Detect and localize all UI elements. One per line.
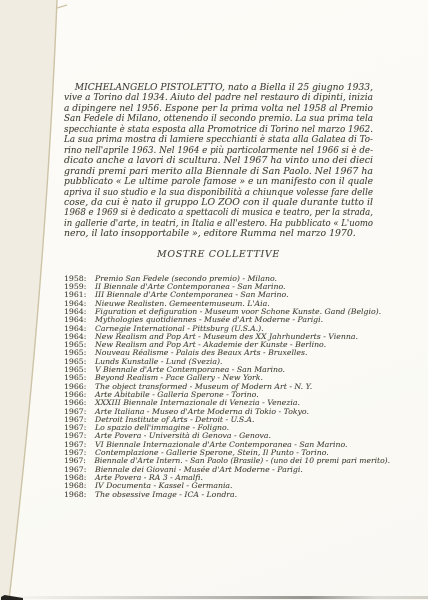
biography-paragraph: MICHELANGELO PISTOLETTO, nato a Biella i…	[64, 83, 373, 240]
exhibition-row: 1967:Biennale d'Arte Intern. - San Paolo…	[64, 457, 390, 465]
scanned-book-page: MICHELANGELO PISTOLETTO, nato a Biella i…	[0, 0, 428, 600]
exhibition-list: 1958:Premio San Fedele (secondo premio) …	[64, 275, 390, 499]
left-margin-shade	[0, 0, 57, 600]
crease-line	[9, 0, 57, 600]
page-content: MICHELANGELO PISTOLETTO, nato a Biella i…	[64, 83, 373, 499]
exhibition-year: 1967:	[64, 457, 94, 465]
exhibition-title: The obsessive Image - ICA - Londra.	[95, 491, 237, 499]
biography-line: in gallerie d'arte, in teatri, in Italia…	[64, 219, 373, 229]
exhibition-title: Biennale d'Arte Intern. - San Paolo (Bra…	[94, 457, 390, 465]
exhibition-year: 1968:	[64, 491, 95, 499]
crease-hook	[57, 5, 67, 8]
biography-line: nero, il lato insopportabile », editore …	[64, 229, 356, 239]
exhibition-row: 1968:The obsessive Image - ICA - Londra.	[64, 491, 237, 499]
section-title: MOSTRE COLLETTIVE	[64, 249, 373, 260]
scan-bottom-edge-shadow	[0, 596, 428, 599]
